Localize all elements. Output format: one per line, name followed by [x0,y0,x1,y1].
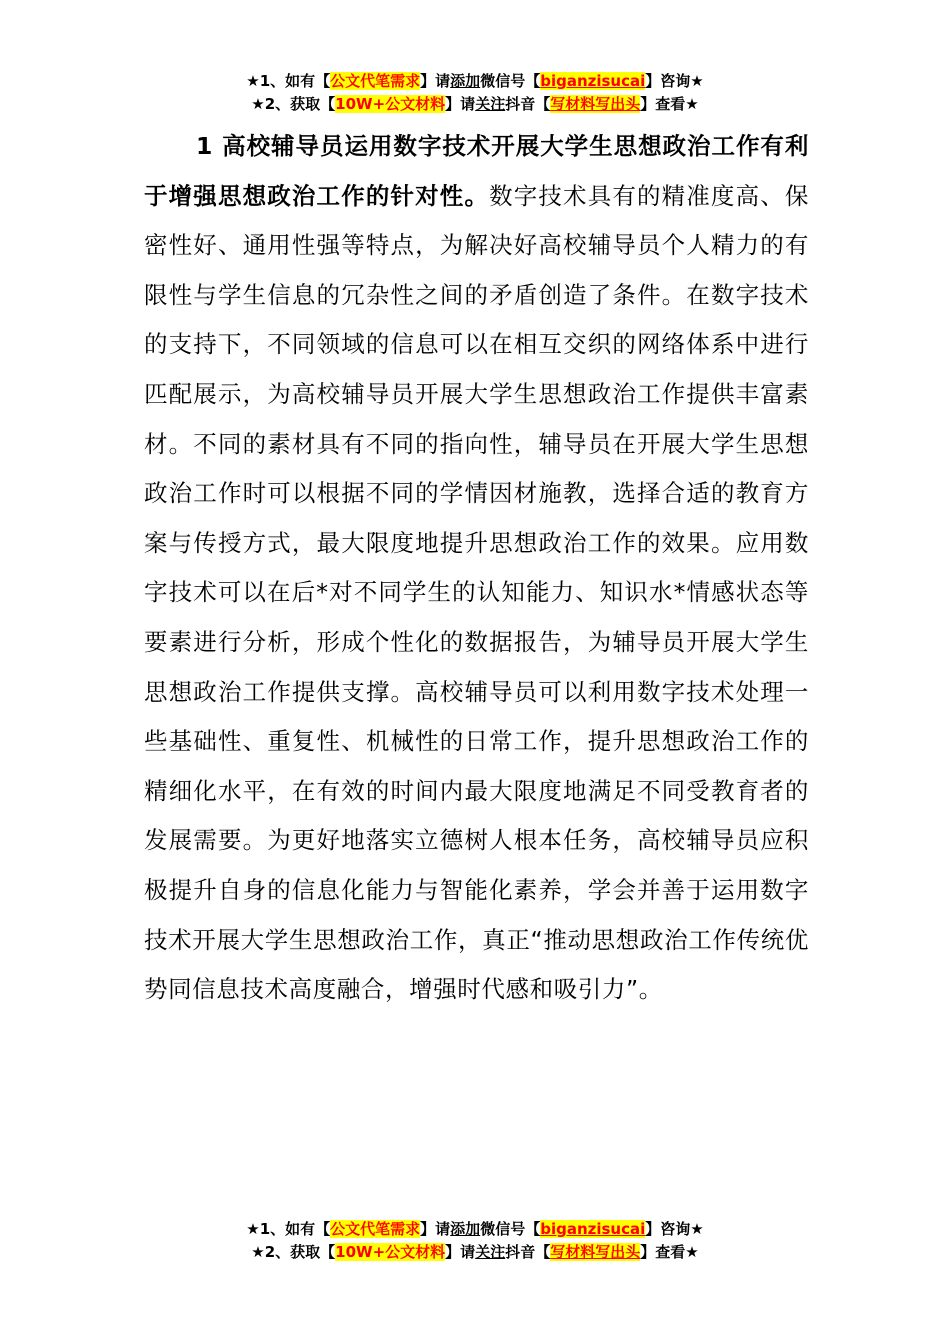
douyin-account-link[interactable]: 写材料写出头 [550,1243,640,1261]
star-icon: ★ [690,1220,703,1238]
banner-text: 1、如有【 [260,1220,330,1238]
banner-text: 2、获取【 [265,95,335,113]
highlight-materials: 10W+公文材料 [335,95,445,113]
banner-text: 】咨询 [645,72,690,90]
banner-text: 抖音【 [505,95,550,113]
banner-text: 】查看 [640,1243,685,1261]
star-icon: ★ [690,72,703,90]
header-banner: ★1、如有【公文代笔需求】请添加微信号【biganzisucai】咨询★ ★2、… [0,70,950,116]
highlight-materials: 10W+公文材料 [335,1243,445,1261]
paragraph: 1 高校辅导员运用数字技术开展大学生思想政治工作有利于增强思想政治工作的针对性。… [144,122,809,1015]
banner-text: 】请 [420,72,450,90]
highlight-service: 公文代笔需求 [330,72,420,90]
banner-text: 抖音【 [505,1243,550,1261]
star-icon: ★ [251,1243,264,1261]
star-icon: ★ [685,1243,698,1261]
wechat-id-link[interactable]: biganzisucai [540,72,645,90]
underlined-add: 添加 [450,72,480,90]
banner-line-1: ★1、如有【公文代笔需求】请添加微信号【biganzisucai】咨询★ [0,70,950,93]
banner-text: 微信号【 [480,1220,540,1238]
banner-text: 2、获取【 [265,1243,335,1261]
underlined-follow: 关注 [475,95,505,113]
underlined-add: 添加 [450,1220,480,1238]
banner-text: 】请 [445,1243,475,1261]
wechat-id-link[interactable]: biganzisucai [540,1220,645,1238]
douyin-account-link[interactable]: 写材料写出头 [550,95,640,113]
banner-text: 】查看 [640,95,685,113]
star-icon: ★ [246,72,259,90]
banner-line-1: ★1、如有【公文代笔需求】请添加微信号【biganzisucai】咨询★ [0,1218,950,1241]
banner-text: 微信号【 [480,72,540,90]
document-body: 1 高校辅导员运用数字技术开展大学生思想政治工作有利于增强思想政治工作的针对性。… [144,122,809,1015]
banner-line-2: ★2、获取【10W+公文材料】请关注抖音【写材料写出头】查看★ [0,1241,950,1264]
banner-text: 】咨询 [645,1220,690,1238]
footer-banner: ★1、如有【公文代笔需求】请添加微信号【biganzisucai】咨询★ ★2、… [0,1218,950,1264]
banner-text: 】请 [445,95,475,113]
star-icon: ★ [251,95,264,113]
banner-text: 1、如有【 [260,72,330,90]
underlined-follow: 关注 [475,1243,505,1261]
star-icon: ★ [246,1220,259,1238]
banner-text: 】请 [420,1220,450,1238]
banner-line-2: ★2、获取【10W+公文材料】请关注抖音【写材料写出头】查看★ [0,93,950,116]
paragraph-text: 数字技术具有的精准度高、保密性好、通用性强等特点，为解决好高校辅导员个人精力的有… [144,182,809,1004]
star-icon: ★ [685,95,698,113]
highlight-service: 公文代笔需求 [330,1220,420,1238]
